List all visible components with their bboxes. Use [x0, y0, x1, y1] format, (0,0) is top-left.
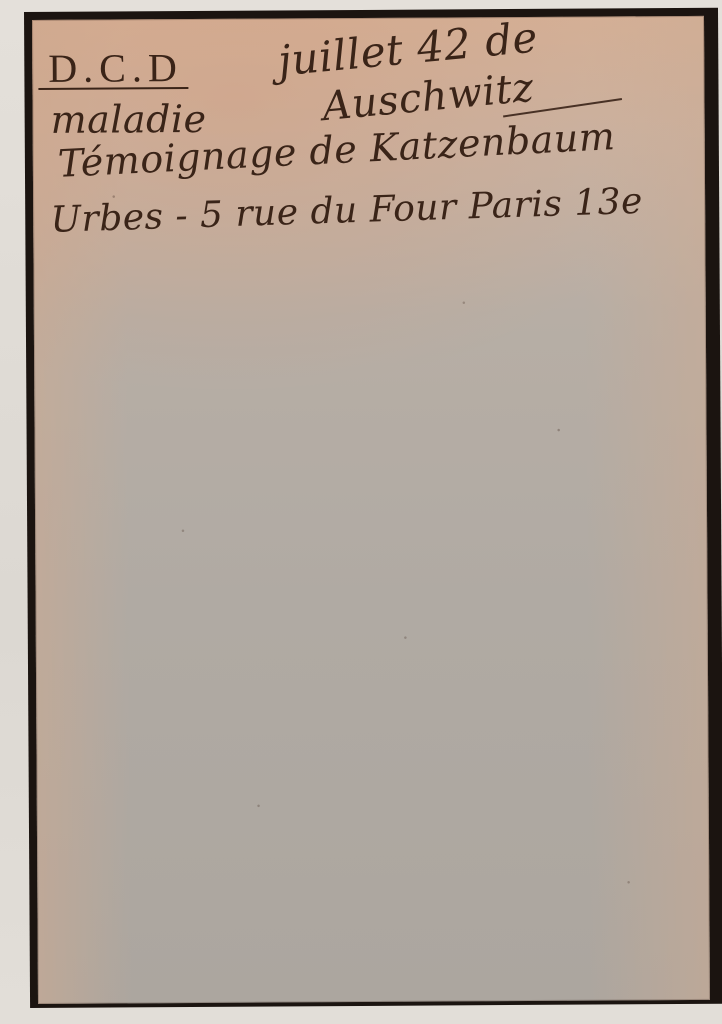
death-abbreviation: D.C.D [38, 49, 189, 90]
address-text: Urbes - 5 rue du Four Paris 13e [50, 181, 643, 241]
archival-card: D.C.D juillet 42 de maladie Auschwitz Té… [32, 16, 710, 1004]
